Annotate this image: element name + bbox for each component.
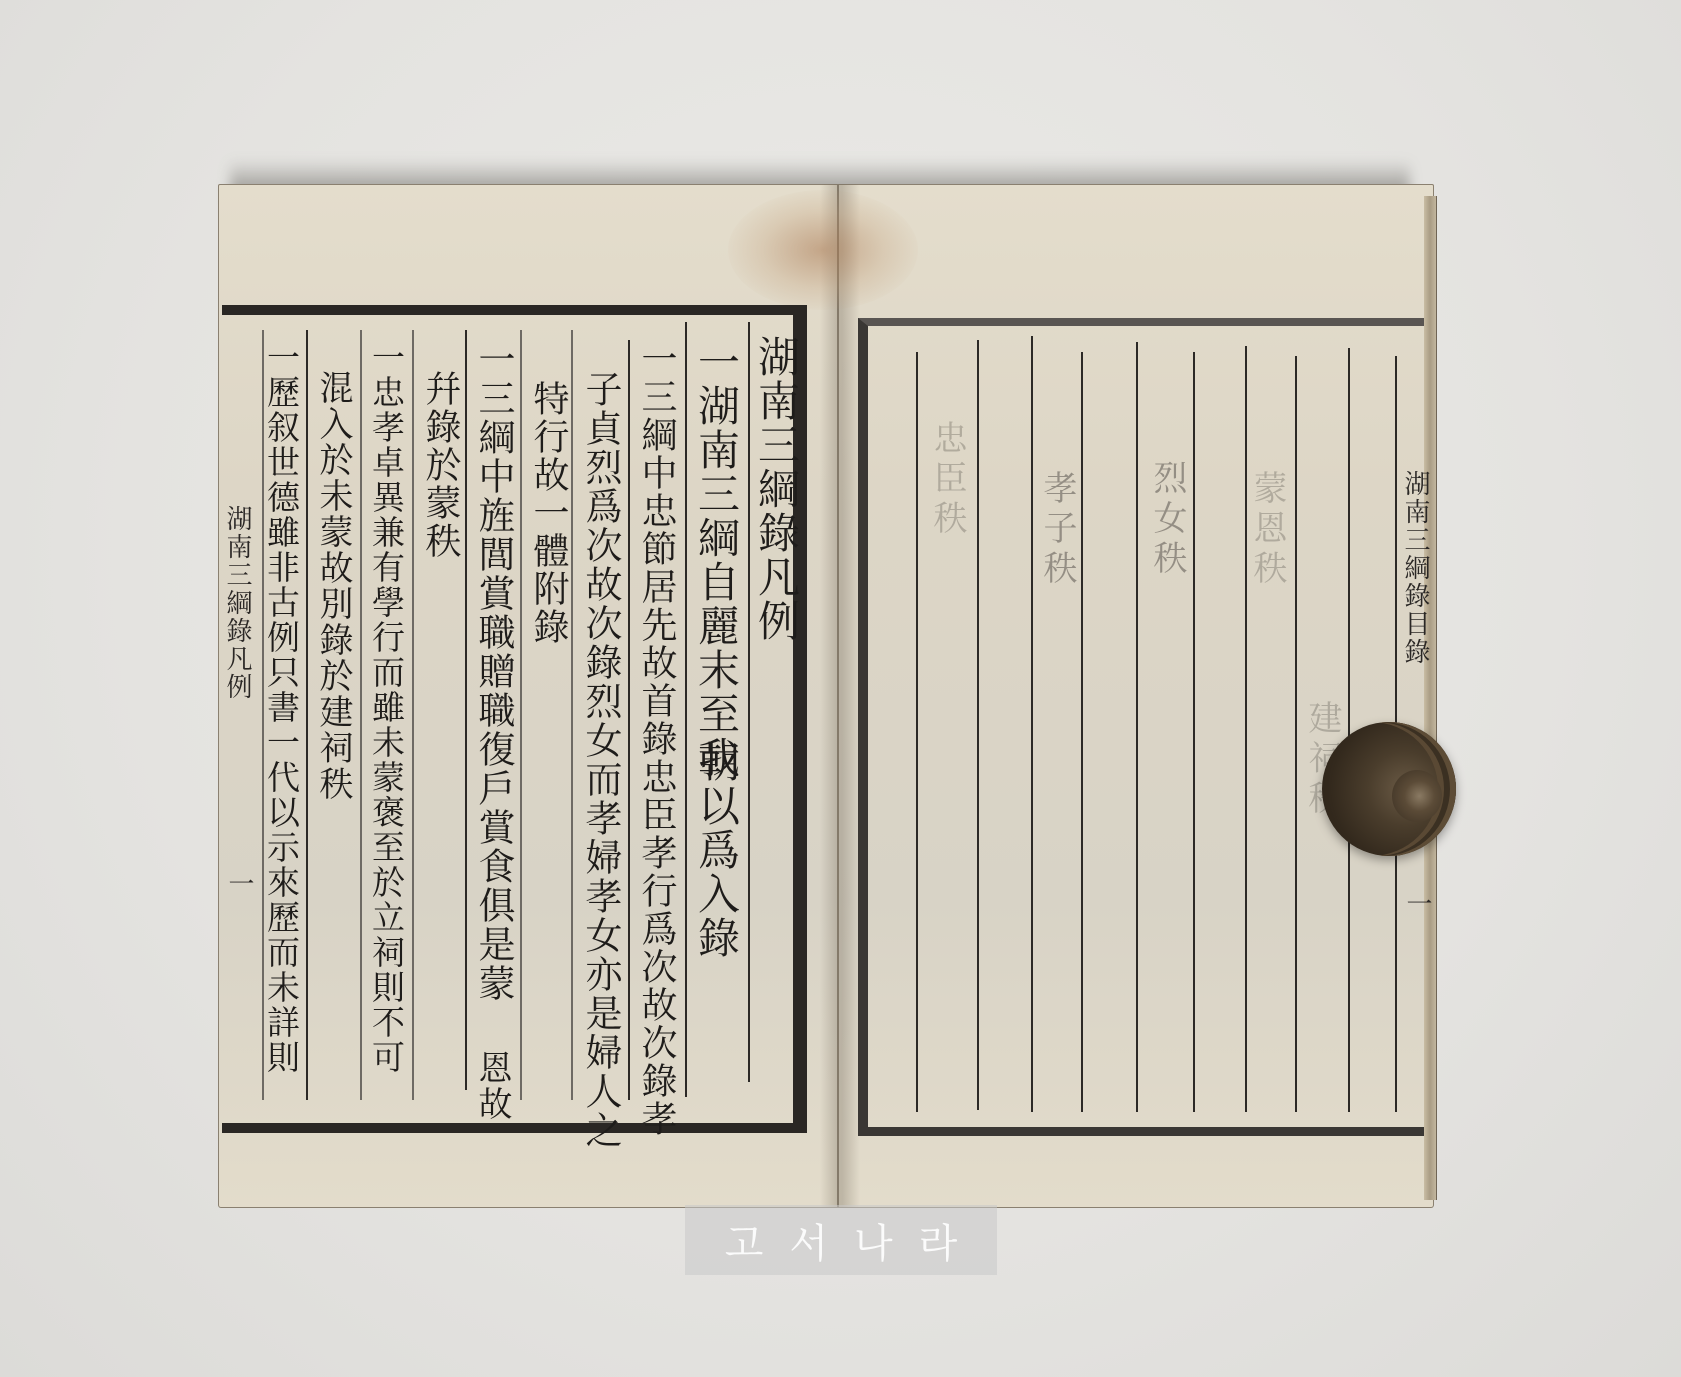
column-rule: [685, 322, 687, 1097]
page-stack-edge: [1424, 196, 1437, 1200]
column-rule: [977, 340, 979, 1110]
column-rule: [1136, 342, 1138, 1112]
column-rule: [1081, 352, 1083, 1112]
book-gutter: [820, 184, 860, 1208]
column-rule: [360, 330, 362, 1100]
text-column: 朝以爲入錄: [695, 740, 737, 960]
text-column: 恩故: [475, 1050, 509, 1122]
column-rule: [465, 330, 467, 1090]
column-rule: [1245, 346, 1247, 1112]
column-rule: [748, 322, 750, 1082]
show-through-text: 蒙恩秩: [1250, 470, 1284, 590]
column-rule: [628, 340, 630, 1100]
text-column: 一三綱中忠節居先故首錄忠臣孝行爲次故次錄孝: [638, 340, 674, 1138]
page-number: 一: [1404, 890, 1430, 918]
show-through-text: 孝子秩: [1040, 470, 1074, 590]
text-column: 一湖南三綱自麗末至我: [695, 340, 737, 780]
column-rule: [1348, 348, 1350, 1112]
text-column: 特行故一體附錄: [530, 380, 566, 646]
text-column: 一三綱中旌閭賞職贈職復戶賞食俱是蒙: [475, 340, 512, 1003]
column-rule: [520, 330, 522, 1100]
margin-label: 湖南三綱錄目錄: [1402, 470, 1428, 666]
text-column: 幷錄於蒙秩: [422, 370, 458, 560]
text-column: 子貞烈爲次故次錄烈女而孝婦孝女亦是婦人之: [582, 370, 619, 1150]
column-rule: [571, 330, 573, 1100]
show-through-text: 烈女秩: [1150, 460, 1184, 580]
text-column: 混入於未蒙故別錄於建祠秩: [316, 370, 350, 802]
text-column: 一忠孝卓異兼有學行而雖未蒙褒至於立祠則不可: [370, 340, 403, 1075]
text-column: 一歷叙世德雖非古例只書一代以示來歷而未詳則: [265, 340, 298, 1075]
page-number: 一: [226, 870, 252, 898]
paperweight-knob: [1392, 770, 1442, 822]
column-rule: [1031, 336, 1033, 1112]
water-stain: [728, 190, 918, 310]
margin-label: 湖南三綱錄凡例: [224, 505, 250, 701]
column-rule: [916, 352, 918, 1112]
page-title: 湖南三綱錄凡例: [755, 335, 797, 643]
column-rule: [1193, 352, 1195, 1112]
show-through-text: 忠臣秩: [930, 420, 964, 540]
column-rule: [306, 330, 308, 1100]
column-rule: [412, 330, 414, 1100]
column-rule: [1295, 356, 1297, 1112]
watermark: 고서나라: [685, 1205, 997, 1275]
